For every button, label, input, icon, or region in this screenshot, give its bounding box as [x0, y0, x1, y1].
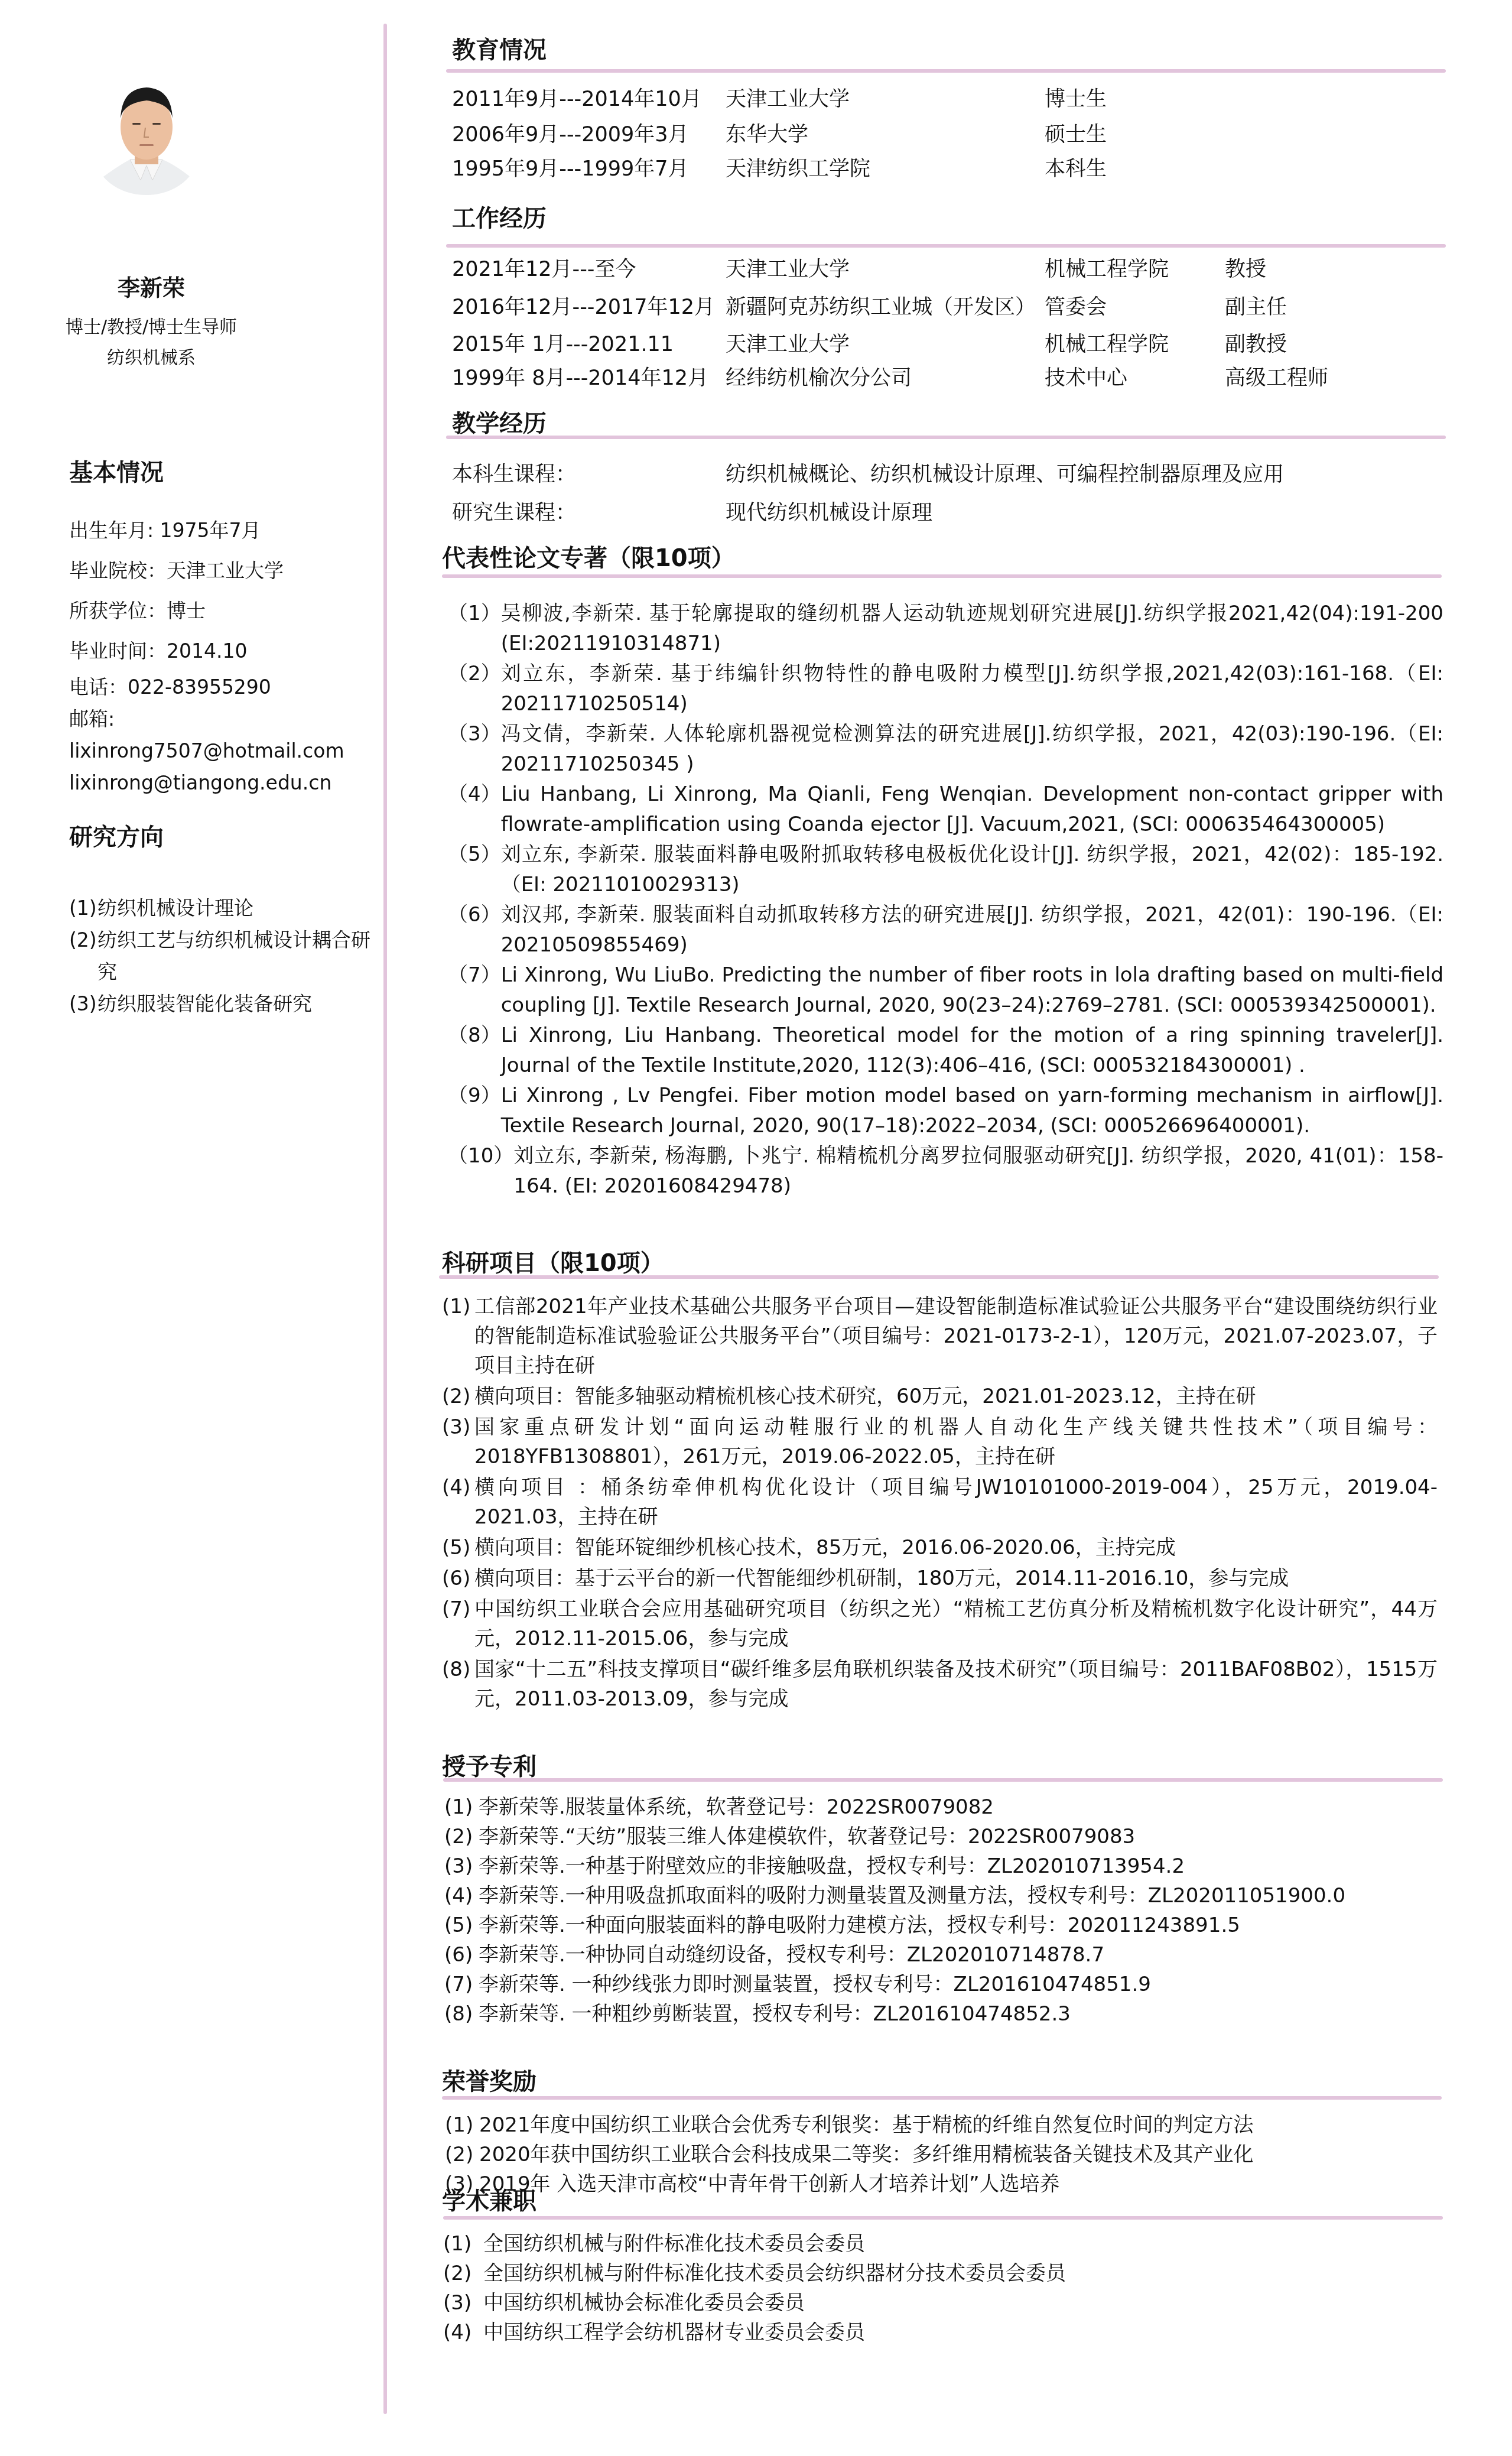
- section-divider: [446, 69, 1446, 73]
- period: 2016年12月---2017年12月: [452, 294, 715, 321]
- unit: 机械工程学院: [1045, 256, 1169, 283]
- label: 毕业时间：: [69, 639, 167, 662]
- unit: 机械工程学院: [1045, 331, 1169, 358]
- value: 022-83955290: [128, 675, 271, 699]
- label: 出生年月:: [69, 519, 154, 542]
- period: 1999年 8月---2014年12月: [452, 365, 708, 392]
- period: 2015年 1月---2021.11: [452, 331, 674, 358]
- patent-item: (2)李新荣等.“天纺”服装三维人体建模软件，软著登记号：2022SR00790…: [444, 1822, 1440, 1851]
- item-number: (5): [444, 1911, 479, 1940]
- degree: 博士生: [1045, 86, 1107, 113]
- honor-item: (1)2021年度中国纺织工业联合会优秀专利银奖：基于精梳的纤维自然复位时间的判…: [445, 2110, 1441, 2140]
- item-text: 刘汉邦, 李新荣. 服装面料自动抓取转移方法的研究进展[J]. 纺织学报，202…: [501, 900, 1443, 960]
- academic-post-item: (3)中国纺织机械协会标准化委员会委员: [443, 2288, 1439, 2318]
- item-number: (1): [444, 1792, 479, 1822]
- honors-list: (1)2021年度中国纺织工业联合会优秀专利银奖：基于精梳的纤维自然复位时间的判…: [445, 2110, 1441, 2199]
- item-text: 2020年获中国纺织工业联合会科技成果二等奖：多纤维用精梳装备关键技术及其产业化: [479, 2140, 1441, 2169]
- label: 电话：: [69, 675, 128, 699]
- paper-item: （5）刘立东, 李新荣. 服装面料静电吸附抓取转移电极板优化设计[J]. 纺织学…: [448, 840, 1443, 900]
- academic-post-item: (1)全国纺织机械与附件标准化技术委员会委员: [443, 2229, 1439, 2259]
- section-heading-papers: 代表性论文专著（限10项）: [442, 544, 735, 573]
- patent-item: (1)李新荣等.服装量体系统，软著登记号：2022SR0079082: [444, 1792, 1440, 1822]
- item-text: 横向项目：智能环锭细纱机核心技术，85万元，2016.06-2020.06，主持…: [474, 1533, 1438, 1562]
- basic-info-birth: 出生年月: 1975年7月: [69, 511, 376, 551]
- item-text: 2021年度中国纺织工业联合会优秀专利银奖：基于精梳的纤维自然复位时间的判定方法: [479, 2110, 1441, 2140]
- item-text: 纺织机械设计理论: [97, 892, 376, 924]
- item-number: （5）: [448, 840, 501, 900]
- resume-page: 李新荣 博士/教授/博士生导师 纺织机械系 基本情况 出生年月: 1975年7月…: [0, 0, 1512, 2456]
- item-text: 李新荣等.“天纺”服装三维人体建模软件，软著登记号：2022SR0079083: [479, 1822, 1440, 1851]
- paper-item: （7）Li Xinrong, Wu LiuBo. Predicting the …: [448, 960, 1443, 1021]
- section-heading-basic-info: 基本情况: [69, 458, 164, 488]
- research-item: (1)纺织机械设计理论: [69, 892, 376, 924]
- organization: 新疆阿克苏纺织工业城（开发区）: [726, 294, 1036, 321]
- basic-info-school: 毕业院校：天津工业大学: [69, 551, 376, 591]
- paper-item: （6）刘汉邦, 李新荣. 服装面料自动抓取转移方法的研究进展[J]. 纺织学报，…: [448, 900, 1443, 960]
- item-text: 李新荣等.一种基于附壁效应的非接触吸盘，授权专利号：ZL202010713954…: [479, 1851, 1440, 1881]
- item-number: (2): [444, 1822, 479, 1851]
- honor-item: (3)2019年 入选天津市高校“中青年骨干创新人才培养计划”人选培养: [445, 2169, 1441, 2199]
- item-text: 中国纺织工业联合会应用基础研究项目（纺织之光）“精梳工艺仿真分析及精梳机数字化设…: [474, 1594, 1438, 1653]
- section-heading-academic-posts: 学术兼职: [442, 2187, 536, 2216]
- patent-item: (8)李新荣等. 一种粗纱剪断装置，授权专利号：ZL201610474852.3: [444, 1999, 1440, 2029]
- item-text: 横向项目 ：桶条纺牵伸机构优化设计（项目编号JW10101000-2019-00…: [474, 1473, 1438, 1532]
- item-text: 李新荣等.服装量体系统，软著登记号：2022SR0079082: [479, 1792, 1440, 1822]
- basic-info-degree: 所获学位：博士: [69, 591, 376, 631]
- item-text: 李新荣等.一种协同自动缝纫设备，授权专利号：ZL202010714878.7: [479, 1940, 1440, 1970]
- value: 天津工业大学: [167, 559, 284, 582]
- section-divider: [443, 2216, 1443, 2220]
- item-number: (1): [69, 892, 97, 924]
- position: 副主任: [1225, 294, 1287, 321]
- item-number: (2): [442, 1382, 474, 1411]
- degree: 本科生: [1045, 155, 1107, 183]
- item-number: (8): [444, 1999, 479, 2029]
- item-text: 工信部2021年产业技术基础公共服务平台项目—建设智能制造标准试验证公共服务平台…: [474, 1292, 1438, 1380]
- item-number: （1）: [448, 599, 501, 659]
- project-item: (2)横向项目：智能多轴驱动精梳机核心技术研究，60万元，2021.01-202…: [442, 1382, 1438, 1411]
- item-text: 2019年 入选天津市高校“中青年骨干创新人才培养计划”人选培养: [479, 2169, 1441, 2199]
- school: 天津工业大学: [726, 86, 850, 113]
- item-text: 全国纺织机械与附件标准化技术委员会委员: [483, 2229, 1439, 2259]
- patent-item: (3)李新荣等.一种基于附壁效应的非接触吸盘，授权专利号：ZL202010713…: [444, 1851, 1440, 1881]
- project-item: (8)国家“十二五”科技支撑项目“碳纤维多层角联机织装备及技术研究”（项目编号：…: [442, 1655, 1438, 1714]
- project-item: (3)国家重点研发计划“面向运动鞋服行业的机器人自动化生产线关键共性技术”（项目…: [442, 1412, 1438, 1471]
- item-text: 纺织工艺与纺织机械设计耦合研究: [97, 924, 376, 988]
- item-number: (2): [69, 924, 97, 988]
- item-number: （2）: [448, 659, 501, 719]
- item-number: (1): [445, 2110, 479, 2140]
- period: 1995年9月---1999年7月: [452, 155, 689, 183]
- position: 高级工程师: [1225, 365, 1328, 392]
- item-text: 刘立东, 李新荣. 服装面料静电吸附抓取转移电极板优化设计[J]. 纺织学报，2…: [501, 840, 1443, 900]
- academic-posts-list: (1)全国纺织机械与附件标准化技术委员会委员 (2)全国纺织机械与附件标准化技术…: [443, 2229, 1439, 2347]
- organization: 经纬纺机榆次分公司: [726, 365, 912, 392]
- course-level: 本科生课程：: [452, 461, 576, 488]
- email-label: 邮箱:: [69, 703, 376, 735]
- project-item: (1)工信部2021年产业技术基础公共服务平台项目—建设智能制造标准试验证公共服…: [442, 1292, 1438, 1380]
- label: 毕业院校：: [69, 559, 167, 582]
- basic-info-phone: 电话：022-83955290: [69, 671, 376, 703]
- section-heading-work: 工作经历: [452, 204, 547, 233]
- item-number: (1): [443, 2229, 483, 2259]
- course-list: 纺织机械概论、纺织机械设计原理、可编程控制器原理及应用: [726, 461, 1284, 488]
- research-item: (3)纺织服装智能化装备研究: [69, 988, 376, 1020]
- item-number: (7): [444, 1970, 479, 1999]
- item-text: 刘立东，李新荣. 基于纬编针织物特性的静电吸附力模型[J].纺织学报,2021,…: [501, 659, 1443, 719]
- patent-item: (4)李新荣等.一种用吸盘抓取面料的吸附力测量装置及测量方法，授权专利号：ZL2…: [444, 1881, 1440, 1911]
- period: 2011年9月---2014年10月: [452, 86, 702, 113]
- section-divider: [443, 1778, 1443, 1782]
- label: 所获学位：: [69, 599, 167, 622]
- school: 东华大学: [726, 121, 808, 148]
- section-heading-honors: 荣誉奖励: [442, 2067, 536, 2097]
- item-text: 中国纺织机械协会标准化委员会委员: [483, 2288, 1439, 2318]
- item-number: (2): [445, 2140, 479, 2169]
- item-text: 横向项目：智能多轴驱动精梳机核心技术研究，60万元，2021.01-2023.1…: [474, 1382, 1438, 1411]
- research-item: (2)纺织工艺与纺织机械设计耦合研究: [69, 924, 376, 988]
- patent-item: (5)李新荣等.一种面向服装面料的静电吸附力建模方法，授权专利号：2020112…: [444, 1911, 1440, 1940]
- item-number: (4): [443, 2318, 483, 2347]
- item-text: 李新荣等. 一种纱线张力即时测量装置，授权专利号：ZL201610474851.…: [479, 1970, 1440, 1999]
- position: 教授: [1225, 256, 1266, 283]
- item-number: （9）: [448, 1081, 501, 1141]
- item-number: (4): [442, 1473, 474, 1532]
- item-text: 国家重点研发计划“面向运动鞋服行业的机器人自动化生产线关键共性技术”（项目编号：…: [474, 1412, 1438, 1471]
- item-text: 纺织服装智能化装备研究: [97, 988, 376, 1020]
- item-number: (3): [443, 2288, 483, 2318]
- section-heading-teaching: 教学经历: [452, 409, 547, 438]
- unit: 技术中心: [1045, 365, 1127, 392]
- item-text: 国家“十二五”科技支撑项目“碳纤维多层角联机织装备及技术研究”（项目编号：201…: [474, 1655, 1438, 1714]
- item-number: (4): [444, 1881, 479, 1911]
- item-number: （3）: [448, 719, 501, 779]
- patent-item: (7)李新荣等. 一种纱线张力即时测量装置，授权专利号：ZL2016104748…: [444, 1970, 1440, 1999]
- person-photo-icon: [95, 71, 198, 195]
- period: 2006年9月---2009年3月: [452, 121, 689, 148]
- item-text: 全国纺织机械与附件标准化技术委员会纺织器材分技术委员会委员: [483, 2259, 1439, 2288]
- section-divider: [442, 2096, 1442, 2100]
- sidebar: 李新荣 博士/教授/博士生导师 纺织机械系 基本情况 出生年月: 1975年7月…: [0, 0, 385, 2456]
- section-heading-education: 教育情况: [452, 35, 547, 65]
- item-number: （7）: [448, 960, 501, 1021]
- degree: 硕士生: [1045, 121, 1107, 148]
- item-number: （8）: [448, 1021, 501, 1081]
- item-text: Liu Hanbang, Li Xinrong, Ma Qianli, Feng…: [501, 779, 1443, 840]
- patent-item: (6)李新荣等.一种协同自动缝纫设备，授权专利号：ZL202010714878.…: [444, 1940, 1440, 1970]
- item-number: (2): [443, 2259, 483, 2288]
- item-text: Li Xinrong, Wu LiuBo. Predicting the num…: [501, 960, 1443, 1021]
- item-number: (1): [442, 1292, 474, 1380]
- email-link-hotmail[interactable]: lixinrong7507@hotmail.com: [69, 735, 376, 767]
- item-text: 吴柳波,李新荣. 基于轮廓提取的缝纫机器人运动轨迹规划研究进展[J].纺织学报2…: [501, 599, 1443, 659]
- period: 2021年12月---至今: [452, 256, 636, 283]
- section-divider: [446, 436, 1446, 439]
- item-text: 中国纺织工程学会纺机器材专业委员会委员: [483, 2318, 1439, 2347]
- item-number: (6): [442, 1564, 474, 1593]
- section-heading-patents: 授予专利: [442, 1752, 536, 1782]
- academic-post-item: (2)全国纺织机械与附件标准化技术委员会纺织器材分技术委员会委员: [443, 2259, 1439, 2288]
- unit: 管委会: [1045, 294, 1107, 321]
- patents-list: (1)李新荣等.服装量体系统，软著登记号：2022SR0079082 (2)李新…: [444, 1792, 1440, 2029]
- section-divider: [446, 244, 1446, 248]
- honor-item: (2)2020年获中国纺织工业联合会科技成果二等奖：多纤维用精梳装备关键技术及其…: [445, 2140, 1441, 2169]
- section-heading-research: 研究方向: [69, 823, 164, 852]
- item-number: （10）: [448, 1141, 513, 1201]
- paper-item: （9）Li Xinrong , Lv Pengfei. Fiber motion…: [448, 1081, 1443, 1141]
- item-number: （4）: [448, 779, 501, 840]
- organization: 天津工业大学: [726, 331, 850, 358]
- organization: 天津工业大学: [726, 256, 850, 283]
- paper-item: （3）冯文倩，李新荣. 人体轮廓机器视觉检测算法的研究进展[J].纺织学报，20…: [448, 719, 1443, 779]
- paper-item: （1）吴柳波,李新荣. 基于轮廓提取的缝纫机器人运动轨迹规划研究进展[J].纺织…: [448, 599, 1443, 659]
- person-name: 李新荣: [0, 273, 303, 303]
- course-list: 现代纺织机械设计原理: [726, 499, 932, 527]
- item-number: (3): [442, 1412, 474, 1471]
- item-number: (5): [442, 1533, 474, 1562]
- school: 天津纺织工学院: [726, 155, 870, 183]
- email-link-tiangong[interactable]: lixinrong@tiangong.edu.cn: [69, 767, 376, 799]
- paper-item: （10）刘立东, 李新荣, 杨海鹏, 卜兆宁. 棉精梳机分离罗拉伺服驱动研究[J…: [448, 1141, 1443, 1201]
- section-heading-projects: 科研项目（限10项）: [442, 1249, 664, 1278]
- project-item: (4)横向项目 ：桶条纺牵伸机构优化设计（项目编号JW10101000-2019…: [442, 1473, 1438, 1532]
- papers-list: （1）吴柳波,李新荣. 基于轮廓提取的缝纫机器人运动轨迹规划研究进展[J].纺织…: [448, 599, 1443, 1201]
- projects-list: (1)工信部2021年产业技术基础公共服务平台项目—建设智能制造标准试验证公共服…: [442, 1292, 1438, 1714]
- project-item: (7)中国纺织工业联合会应用基础研究项目（纺织之光）“精梳工艺仿真分析及精梳机数…: [442, 1594, 1438, 1653]
- basic-info-graduation: 毕业时间：2014.10: [69, 631, 376, 671]
- course-level: 研究生课程：: [452, 499, 576, 527]
- project-item: (6)横向项目：基于云平台的新一代智能细纱机研制，180万元，2014.11-2…: [442, 1564, 1438, 1593]
- item-text: 刘立东, 李新荣, 杨海鹏, 卜兆宁. 棉精梳机分离罗拉伺服驱动研究[J]. 纺…: [513, 1141, 1443, 1201]
- item-number: (3): [69, 988, 97, 1020]
- research-list: (1)纺织机械设计理论 (2)纺织工艺与纺织机械设计耦合研究 (3)纺织服装智能…: [69, 892, 376, 1020]
- academic-post-item: (4)中国纺织工程学会纺机器材专业委员会委员: [443, 2318, 1439, 2347]
- item-text: Li Xinrong , Lv Pengfei. Fiber motion mo…: [501, 1081, 1443, 1141]
- item-number: (6): [444, 1940, 479, 1970]
- vertical-divider: [383, 24, 387, 2414]
- paper-item: （8）Li Xinrong, Liu Hanbang. Theoretical …: [448, 1021, 1443, 1081]
- item-number: (8): [442, 1655, 474, 1714]
- project-item: (5)横向项目：智能环锭细纱机核心技术，85万元，2016.06-2020.06…: [442, 1533, 1438, 1562]
- item-text: 横向项目：基于云平台的新一代智能细纱机研制，180万元，2014.11-2016…: [474, 1564, 1438, 1593]
- paper-item: （4）Liu Hanbang, Li Xinrong, Ma Qianli, F…: [448, 779, 1443, 840]
- item-number: (7): [442, 1594, 474, 1653]
- value: 博士: [167, 599, 206, 622]
- person-title: 博士/教授/博士生导师: [0, 314, 303, 340]
- section-divider: [442, 574, 1442, 578]
- item-text: 李新荣等. 一种粗纱剪断装置，授权专利号：ZL201610474852.3: [479, 1999, 1440, 2029]
- value: 2014.10: [167, 639, 247, 662]
- item-number: （6）: [448, 900, 501, 960]
- value: 1975年7月: [154, 519, 261, 542]
- item-text: 冯文倩，李新荣. 人体轮廓机器视觉检测算法的研究进展[J].纺织学报，2021，…: [501, 719, 1443, 779]
- item-text: 李新荣等.一种面向服装面料的静电吸附力建模方法，授权专利号：2020112438…: [479, 1911, 1440, 1940]
- section-divider: [439, 1275, 1439, 1279]
- item-text: Li Xinrong, Liu Hanbang. Theoretical mod…: [501, 1021, 1443, 1081]
- portrait-photo: [95, 71, 198, 195]
- item-number: (3): [444, 1851, 479, 1881]
- person-department: 纺织机械系: [0, 345, 303, 371]
- item-text: 李新荣等.一种用吸盘抓取面料的吸附力测量装置及测量方法，授权专利号：ZL2020…: [479, 1881, 1440, 1911]
- paper-item: （2）刘立东，李新荣. 基于纬编针织物特性的静电吸附力模型[J].纺织学报,20…: [448, 659, 1443, 719]
- basic-info-list: 出生年月: 1975年7月 毕业院校：天津工业大学 所获学位：博士 毕业时间：2…: [69, 511, 376, 799]
- position: 副教授: [1225, 331, 1287, 358]
